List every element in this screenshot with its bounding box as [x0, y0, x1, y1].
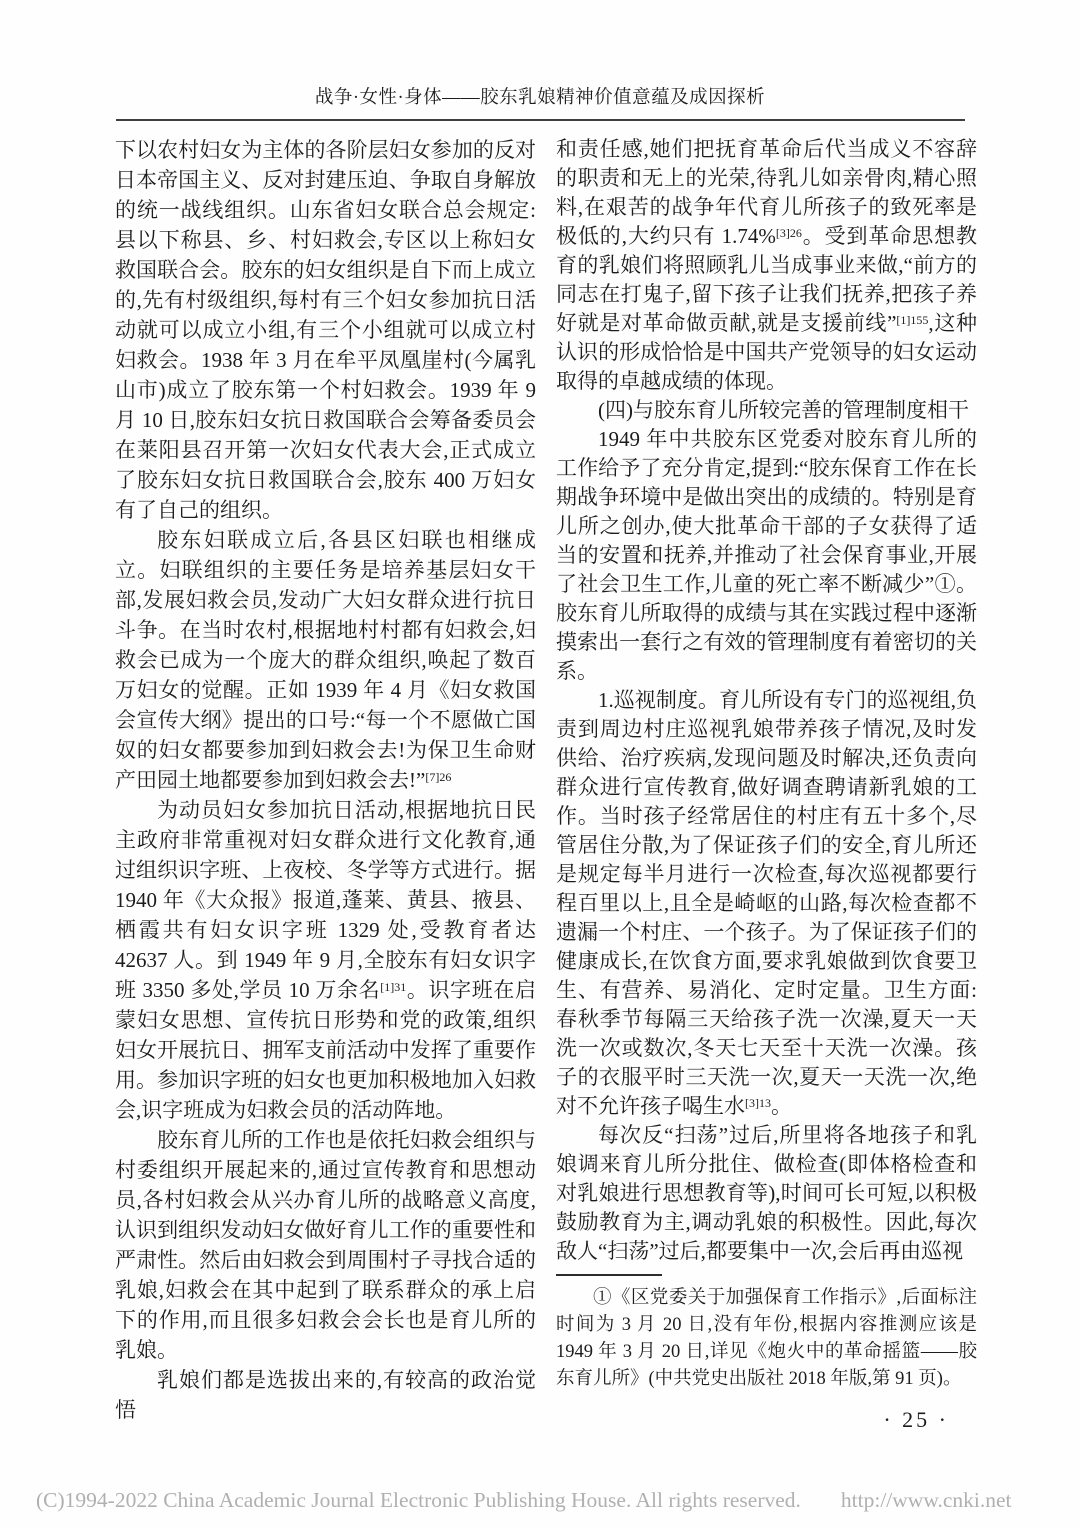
paragraph: 胶东妇联成立后,各县区妇联也相继成立。妇联组织的主要任务是培养基层妇女干部,发展…: [115, 525, 536, 795]
citation-superscript: [3]26: [776, 226, 802, 240]
journal-page: 战争·女性·身体——胶东乳娘精神价值意蕴及成因探析 下以农村妇女为主体的各阶层妇…: [0, 0, 1080, 1527]
two-column-body: 下以农村妇女为主体的各阶层妇女参加的反对日本帝国主义、反对封建压迫、争取自身解放…: [0, 121, 1080, 1434]
citation-superscript: [7]26: [425, 770, 451, 784]
paragraph: 胶东育儿所的工作也是依托妇救会组织与村委组织开展起来的,通过宣传教育和思想动员,…: [115, 1125, 536, 1365]
paragraph: 下以农村妇女为主体的各阶层妇女参加的反对日本帝国主义、反对封建压迫、争取自身解放…: [115, 135, 536, 525]
paragraph: 1949 年中共胶东区党委对胶东育儿所的工作给予了充分肯定,提到:“胶东保育工作…: [556, 425, 977, 686]
right-column-paragraphs: 和责任感,她们把抚育革命后代当成义不容辞的职责和无上的光荣,待乳儿如亲骨肉,精心…: [556, 135, 977, 1266]
cnki-watermark: (C)1994-2022 China Academic Journal Elec…: [36, 1488, 1012, 1513]
citation-superscript: [3]13: [745, 1096, 771, 1110]
paragraph: 和责任感,她们把抚育革命后代当成义不容辞的职责和无上的光荣,待乳儿如亲骨肉,精心…: [556, 135, 977, 396]
citation-superscript: [1]31: [380, 980, 406, 994]
right-column: 和责任感,她们把抚育革命后代当成义不容辞的职责和无上的光荣,待乳儿如亲骨肉,精心…: [556, 135, 977, 1434]
paragraph: 为动员妇女参加抗日活动,根据地抗日民主政府非常重视对妇女群众进行文化教育,通过组…: [115, 795, 536, 1125]
footnote-divider: [556, 1274, 662, 1276]
paragraph: 1.巡视制度。育儿所设有专门的巡视组,负责到周边村庄巡视乳娘带养孩子情况,及时发…: [556, 686, 977, 1121]
cnki-url: http://www.cnki.net: [841, 1488, 1012, 1512]
copyright-text: (C)1994-2022 China Academic Journal Elec…: [36, 1488, 801, 1512]
paragraph: (四)与胶东育儿所较完善的管理制度相干: [556, 396, 977, 425]
footnote: ①《区党委关于加强保育工作指示》,后面标注时间为 3 月 20 日,没有年份,根…: [556, 1285, 977, 1393]
page-header: 战争·女性·身体——胶东乳娘精神价值意蕴及成因探析: [0, 0, 1080, 121]
running-head-title: 战争·女性·身体——胶东乳娘精神价值意蕴及成因探析: [0, 86, 1080, 110]
citation-superscript: [1]155: [896, 313, 928, 327]
page-number: · 25 ·: [556, 1405, 977, 1434]
paragraph: 乳娘们都是选拔出来的,有较高的政治觉悟: [115, 1365, 536, 1425]
left-column: 下以农村妇女为主体的各阶层妇女参加的反对日本帝国主义、反对封建压迫、争取自身解放…: [115, 135, 536, 1425]
paragraph: 每次反“扫荡”过后,所里将各地孩子和乳娘调来育儿所分批住、做检查(即体格检查和对…: [556, 1121, 977, 1266]
